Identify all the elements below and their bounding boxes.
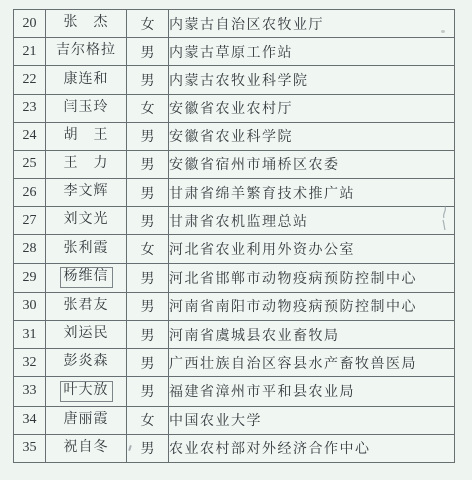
table-row: 23 闫玉玲 女 安徽省农业农村厅 <box>14 94 455 122</box>
cell-gender: 男 <box>127 38 169 66</box>
cell-number: 25 <box>14 150 46 178</box>
cell-name: 李文辉 <box>46 179 127 207</box>
cell-number: 32 <box>14 349 46 377</box>
cell-name: 康连和 <box>46 66 127 94</box>
cell-name: 叶大放 <box>46 377 127 406</box>
cell-organization: 河北省邯郸市动物疫病预防控制中心 <box>169 263 455 292</box>
cell-gender: 女 <box>127 10 169 38</box>
scan-speck <box>441 30 445 33</box>
table-row: 22 康连和 男 内蒙古农牧业科学院 <box>14 66 455 94</box>
cell-name: 唐丽霞 <box>46 406 127 434</box>
cell-number: 24 <box>14 122 46 150</box>
name-text: 胡 王 <box>64 128 109 145</box>
cell-gender: 男 <box>127 179 169 207</box>
cell-organization: 农业农村部对外经济合作中心 <box>169 434 455 462</box>
cell-number: 35 <box>14 434 46 462</box>
cell-number: 29 <box>14 263 46 292</box>
name-text: 李文辉 <box>64 184 109 201</box>
table-row: 35 祝自冬 男 农业农村部对外经济合作中心 <box>14 434 455 462</box>
cell-gender: 男 <box>127 66 169 94</box>
cell-gender: 女 <box>127 406 169 434</box>
roster-body: 20 张 杰 女 内蒙古自治区农牧业厅 21 吉尔格拉 男 内蒙古草原工作站 2… <box>14 10 455 463</box>
cell-number: 30 <box>14 292 46 320</box>
cell-number: 20 <box>14 10 46 38</box>
cell-name: 胡 王 <box>46 122 127 150</box>
cell-number: 28 <box>14 235 46 263</box>
name-text: 王 力 <box>64 156 109 173</box>
table-row: 29 杨维信 男 河北省邯郸市动物疫病预防控制中心 <box>14 263 455 292</box>
name-text: 张利霞 <box>64 241 109 258</box>
name-text: 闫玉玲 <box>64 100 109 117</box>
cell-number: 31 <box>14 320 46 348</box>
cell-number: 22 <box>14 66 46 94</box>
cell-gender: 男 <box>127 207 169 235</box>
cell-gender: 男 <box>127 263 169 292</box>
table-row: 30 张君友 男 河南省南阳市动物疫病预防控制中心 <box>14 292 455 320</box>
cell-organization: 内蒙古农牧业科学院 <box>169 66 455 94</box>
cell-name: 张君友 <box>46 292 127 320</box>
cell-name: 王 力 <box>46 150 127 178</box>
cell-number: 27 <box>14 207 46 235</box>
cell-organization: 安徽省农业农村厅 <box>169 94 455 122</box>
cell-name: 张利霞 <box>46 235 127 263</box>
pencil-mark <box>437 204 451 232</box>
name-text: 康连和 <box>64 72 109 89</box>
cell-organization: 广西壮族自治区容县水产畜牧兽医局 <box>169 349 455 377</box>
cell-name: 张 杰 <box>46 10 127 38</box>
cell-name: 吉尔格拉 <box>46 38 127 66</box>
cell-gender: 男 <box>127 122 169 150</box>
table-row: 31 刘运民 男 河南省虞城县农业畜牧局 <box>14 320 455 348</box>
name-text: 吉尔格拉 <box>56 43 116 60</box>
cell-gender: 男 <box>127 377 169 406</box>
name-text: 祝自冬 <box>64 440 109 457</box>
table-row: 32 彭炎森 男 广西壮族自治区容县水产畜牧兽医局 <box>14 349 455 377</box>
cell-organization: 中国农业大学 <box>169 406 455 434</box>
table-row: 26 李文辉 男 甘肃省绵羊繁育技术推广站 <box>14 179 455 207</box>
name-text: 刘文光 <box>64 212 109 229</box>
cell-organization: 安徽省宿州市埇桥区农委 <box>169 150 455 178</box>
cell-gender: 女 <box>127 235 169 263</box>
cell-name: 刘文光 <box>46 207 127 235</box>
cell-number: 34 <box>14 406 46 434</box>
cell-number: 33 <box>14 377 46 406</box>
name-text: 刘运民 <box>64 326 109 343</box>
cell-name: 闫玉玲 <box>46 94 127 122</box>
name-text: 张君友 <box>64 298 109 315</box>
cell-organization: 河南省南阳市动物疫病预防控制中心 <box>169 292 455 320</box>
cell-organization: 甘肃省农机监理总站 <box>169 207 455 235</box>
cell-number: 26 <box>14 179 46 207</box>
cell-organization: 内蒙古草原工作站 <box>169 38 455 66</box>
name-text: 唐丽霞 <box>64 412 109 429</box>
name-text: 张 杰 <box>64 15 109 32</box>
cell-gender: 男 <box>127 349 169 377</box>
cell-gender: 男 <box>127 150 169 178</box>
table-row: 33 叶大放 男 福建省漳州市平和县农业局 <box>14 377 455 406</box>
cell-name: 彭炎森 <box>46 349 127 377</box>
cell-name: 刘运民 <box>46 320 127 348</box>
cell-number: 21 <box>14 38 46 66</box>
scanned-document-page: 20 张 杰 女 内蒙古自治区农牧业厅 21 吉尔格拉 男 内蒙古草原工作站 2… <box>0 0 472 480</box>
cell-organization: 福建省漳州市平和县农业局 <box>169 377 455 406</box>
cell-organization: 安徽省农业科学院 <box>169 122 455 150</box>
table-row: 20 张 杰 女 内蒙古自治区农牧业厅 <box>14 10 455 38</box>
cell-gender: 男 <box>127 434 169 462</box>
cell-organization: 河北省农业利用外资办公室 <box>169 235 455 263</box>
cell-name: 祝自冬 <box>46 434 127 462</box>
table-row: 21 吉尔格拉 男 内蒙古草原工作站 <box>14 38 455 66</box>
table-row: 25 王 力 男 安徽省宿州市埇桥区农委 <box>14 150 455 178</box>
cell-gender: 男 <box>127 320 169 348</box>
table-row: 28 张利霞 女 河北省农业利用外资办公室 <box>14 235 455 263</box>
cell-gender: 女 <box>127 94 169 122</box>
cell-name: 杨维信 <box>46 263 127 292</box>
cell-gender: 男 <box>127 292 169 320</box>
table-row: 27 刘文光 男 甘肃省农机监理总站 <box>14 207 455 235</box>
roster-table: 20 张 杰 女 内蒙古自治区农牧业厅 21 吉尔格拉 男 内蒙古草原工作站 2… <box>13 9 455 463</box>
cell-organization: 内蒙古自治区农牧业厅 <box>169 10 455 38</box>
name-text: 彭炎森 <box>64 354 109 371</box>
name-text: 叶大放 <box>60 381 113 402</box>
cell-organization: 河南省虞城县农业畜牧局 <box>169 320 455 348</box>
name-text: 杨维信 <box>60 267 113 288</box>
table-row: 24 胡 王 男 安徽省农业科学院 <box>14 122 455 150</box>
cell-organization: 甘肃省绵羊繁育技术推广站 <box>169 179 455 207</box>
cell-number: 23 <box>14 94 46 122</box>
table-row: 34 唐丽霞 女 中国农业大学 <box>14 406 455 434</box>
